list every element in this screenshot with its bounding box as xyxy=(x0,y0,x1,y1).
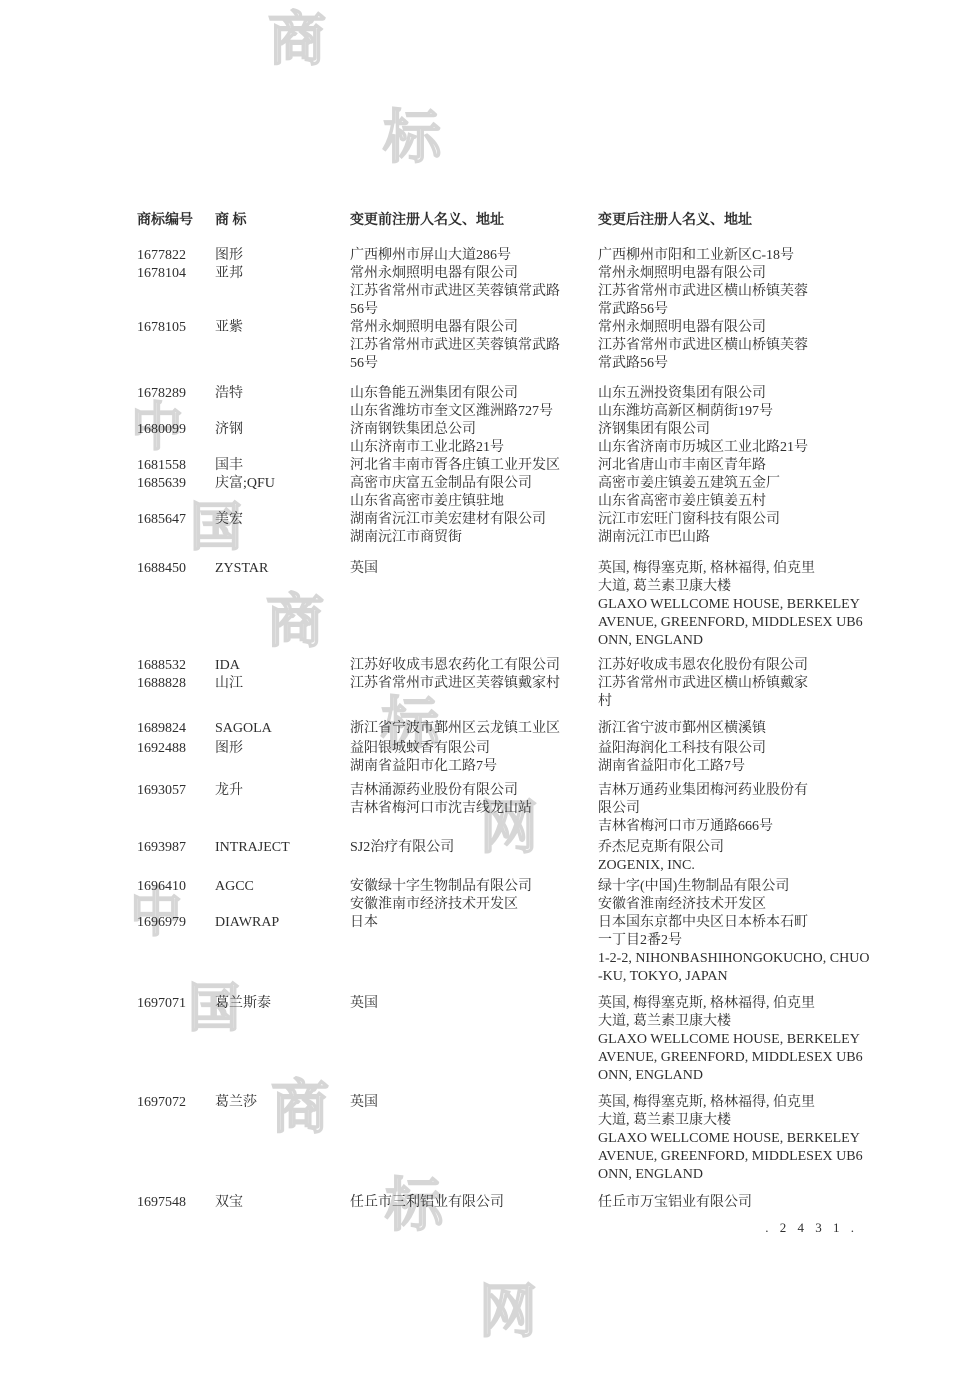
cell-before-registrant: 任丘市三利铝业有限公司 xyxy=(350,1194,598,1212)
address-line: 大道, 葛兰素卫康大楼 xyxy=(598,1013,870,1031)
address-line: -KU, TOKYO, JAPAN xyxy=(598,968,870,986)
address-line: 大道, 葛兰素卫康大楼 xyxy=(598,1112,870,1130)
address-line: 吉林省梅河口市沈吉线龙山站 xyxy=(350,800,598,818)
address-line: AVENUE, GREENFORD, MIDDLESEX UB6 xyxy=(598,614,870,632)
cell-trademark-id: 1688828 xyxy=(137,675,215,711)
watermark-character: 网 xyxy=(479,1282,537,1340)
cell-trademark-id: 1696979 xyxy=(137,914,215,986)
address-line: 江苏省常州市武进区横山桥镇芙蓉 xyxy=(598,337,870,355)
address-line: 山东省高密市姜庄镇驻地 xyxy=(350,493,598,511)
cell-trademark-id: 1693987 xyxy=(137,839,215,875)
address-line: 常州永炯照明电器有限公司 xyxy=(598,319,870,337)
table-row: 1693057 龙升 吉林涌源药业股份有限公司吉林省梅河口市沈吉线龙山站 吉林万… xyxy=(137,782,877,836)
address-line: 吉林涌源药业股份有限公司 xyxy=(350,782,598,800)
header-trademark-id: 商标编号 xyxy=(137,212,215,230)
cell-before-registrant: 英国 xyxy=(350,995,598,1085)
watermark-character: 标 xyxy=(383,108,441,166)
table-row: 1678105 亚紫 常州永炯照明电器有限公司江苏省常州市武进区芙蓉镇常武路56… xyxy=(137,319,877,373)
address-line: SJ2治疗有限公司 xyxy=(350,839,598,857)
cell-trademark-name: 葛兰斯泰 xyxy=(215,995,350,1085)
table-row: 1678104 亚邦 常州永炯照明电器有限公司江苏省常州市武进区芙蓉镇常武路56… xyxy=(137,265,877,319)
cell-before-registrant: 江苏好收成韦恩农药化工有限公司 xyxy=(350,657,598,675)
cell-trademark-name: 庆富;QFU xyxy=(215,475,350,511)
address-line: 一丁目2番2号 xyxy=(598,932,870,950)
address-line: 山东济南市工业北路21号 xyxy=(350,439,598,457)
cell-before-registrant: SJ2治疗有限公司 xyxy=(350,839,598,875)
address-line: 浙江省宁波市鄞州区云龙镇工业区 xyxy=(350,720,598,738)
cell-trademark-name: 济钢 xyxy=(215,421,350,457)
cell-trademark-name: 山江 xyxy=(215,675,350,711)
cell-trademark-name: ZYSTAR xyxy=(215,560,350,650)
address-line: 济钢集团有限公司 xyxy=(598,421,870,439)
cell-trademark-id: 1678289 xyxy=(137,385,215,421)
cell-trademark-name: 浩特 xyxy=(215,385,350,421)
address-line: 湖南沅江市商贸街 xyxy=(350,529,598,547)
cell-trademark-id: 1685639 xyxy=(137,475,215,511)
cell-before-registrant: 济南钢铁集团总公司山东济南市工业北路21号 xyxy=(350,421,598,457)
address-line: 广西柳州市阳和工业新区C-18号 xyxy=(598,247,870,265)
gazette-page: 商标中国商标网中国商标网 商标编号 商 标 变更前注册人名义、地址 变更后注册人… xyxy=(0,0,980,1400)
page-number: . 2 4 3 1 . xyxy=(765,1220,858,1236)
cell-trademark-name: 图形 xyxy=(215,740,350,776)
cell-trademark-id: 1678105 xyxy=(137,319,215,373)
cell-after-registrant: 沅江市宏旺门窗科技有限公司湖南沅江市巴山路 xyxy=(598,511,870,547)
cell-after-registrant: 吉林万通药业集团梅河药业股份有限公司吉林省梅河口市万通路666号 xyxy=(598,782,870,836)
address-line: 河北省唐山市丰南区青年路 xyxy=(598,457,870,475)
header-before-change: 变更前注册人名义、地址 xyxy=(350,212,598,230)
cell-before-registrant: 山东鲁能五洲集团有限公司山东省潍坊市奎文区潍洲路727号 xyxy=(350,385,598,421)
table-row: 1697548 双宝 任丘市三利铝业有限公司 任丘市万宝铝业有限公司 xyxy=(137,1194,877,1212)
address-line: 山东鲁能五洲集团有限公司 xyxy=(350,385,598,403)
address-line: ONN, ENGLAND xyxy=(598,1067,870,1085)
cell-trademark-name: 龙升 xyxy=(215,782,350,836)
cell-before-registrant: 吉林涌源药业股份有限公司吉林省梅河口市沈吉线龙山站 xyxy=(350,782,598,836)
cell-trademark-id: 1693057 xyxy=(137,782,215,836)
cell-trademark-name: 美宏 xyxy=(215,511,350,547)
trademark-change-table: 商标编号 商 标 变更前注册人名义、地址 变更后注册人名义、地址 1677822… xyxy=(137,212,877,1212)
cell-before-registrant: 江苏省常州市武进区芙蓉镇戴家村 xyxy=(350,675,598,711)
table-row: 1697071 葛兰斯泰 英国 英国, 梅得塞克斯, 格林福得, 伯克里大道, … xyxy=(137,995,877,1085)
table-row: 1689824 SAGOLA 浙江省宁波市鄞州区云龙镇工业区 浙江省宁波市鄞州区… xyxy=(137,720,877,738)
address-line: 英国, 梅得塞克斯, 格林福得, 伯克里 xyxy=(598,995,870,1013)
table-body: 1677822 图形 广西柳州市屏山大道286号 广西柳州市阳和工业新区C-18… xyxy=(137,247,877,1212)
cell-after-registrant: 乔杰尼克斯有限公司ZOGENIX, INC. xyxy=(598,839,870,875)
table-row: 1685639 庆富;QFU 高密市庆富五金制品有限公司山东省高密市姜庄镇驻地 … xyxy=(137,475,877,511)
cell-before-registrant: 常州永炯照明电器有限公司江苏省常州市武进区芙蓉镇常武路56号 xyxy=(350,319,598,373)
cell-trademark-name: 国丰 xyxy=(215,457,350,475)
cell-trademark-id: 1678104 xyxy=(137,265,215,319)
address-line: 安徽淮南市经济技术开发区 xyxy=(350,896,598,914)
cell-trademark-id: 1685647 xyxy=(137,511,215,547)
cell-before-registrant: 湖南省沅江市美宏建材有限公司湖南沅江市商贸街 xyxy=(350,511,598,547)
watermark-character: 商 xyxy=(268,10,326,68)
cell-after-registrant: 高密市姜庄镇姜五建筑五金厂山东省高密市姜庄镇姜五村 xyxy=(598,475,870,511)
address-line: 安徽省淮南经济技术开发区 xyxy=(598,896,870,914)
cell-trademark-id: 1688532 xyxy=(137,657,215,675)
cell-before-registrant: 河北省丰南市胥各庄镇工业开发区 xyxy=(350,457,598,475)
cell-trademark-name: 葛兰莎 xyxy=(215,1094,350,1184)
cell-after-registrant: 益阳海润化工科技有限公司湖南省益阳市化工路7号 xyxy=(598,740,870,776)
address-line: GLAXO WELLCOME HOUSE, BERKELEY xyxy=(598,1130,870,1148)
cell-trademark-name: 亚紫 xyxy=(215,319,350,373)
cell-after-registrant: 山东五洲投资集团有限公司山东潍坊高新区桐荫街197号 xyxy=(598,385,870,421)
address-line: 高密市庆富五金制品有限公司 xyxy=(350,475,598,493)
address-line: ZOGENIX, INC. xyxy=(598,857,870,875)
address-line: 乔杰尼克斯有限公司 xyxy=(598,839,870,857)
table-row: 1680099 济钢 济南钢铁集团总公司山东济南市工业北路21号 济钢集团有限公… xyxy=(137,421,877,457)
cell-after-registrant: 绿十字(中国)生物制品有限公司安徽省淮南经济技术开发区 xyxy=(598,878,870,914)
cell-trademark-name: IDA xyxy=(215,657,350,675)
cell-trademark-id: 1680099 xyxy=(137,421,215,457)
cell-after-registrant: 济钢集团有限公司山东省济南市历城区工业北路21号 xyxy=(598,421,870,457)
address-line: 湖南省沅江市美宏建材有限公司 xyxy=(350,511,598,529)
cell-trademark-id: 1689824 xyxy=(137,720,215,738)
address-line: 吉林省梅河口市万通路666号 xyxy=(598,818,870,836)
table-row: 1688532 IDA 江苏好收成韦恩农药化工有限公司 江苏好收成韦恩农化股份有… xyxy=(137,657,877,675)
address-line: 常州永炯照明电器有限公司 xyxy=(350,265,598,283)
table-row: 1693987 INTRAJECT SJ2治疗有限公司 乔杰尼克斯有限公司ZOG… xyxy=(137,839,877,875)
cell-trademark-name: 图形 xyxy=(215,247,350,265)
cell-trademark-id: 1696410 xyxy=(137,878,215,914)
address-line: 常武路56号 xyxy=(598,301,870,319)
cell-trademark-name: SAGOLA xyxy=(215,720,350,738)
address-line: 1-2-2, NIHONBASHIHONGOKUCHO, CHUO xyxy=(598,950,870,968)
header-trademark-name: 商 标 xyxy=(215,212,350,230)
table-row: 1678289 浩特 山东鲁能五洲集团有限公司山东省潍坊市奎文区潍洲路727号 … xyxy=(137,385,877,421)
address-line: 河北省丰南市胥各庄镇工业开发区 xyxy=(350,457,598,475)
address-line: 山东省济南市历城区工业北路21号 xyxy=(598,439,870,457)
table-row: 1685647 美宏 湖南省沅江市美宏建材有限公司湖南沅江市商贸街 沅江市宏旺门… xyxy=(137,511,877,547)
address-line: 高密市姜庄镇姜五建筑五金厂 xyxy=(598,475,870,493)
address-line: 广西柳州市屏山大道286号 xyxy=(350,247,598,265)
address-line: 日本国东京都中央区日本桥本石町 xyxy=(598,914,870,932)
address-line: 益阳银城蚊香有限公司 xyxy=(350,740,598,758)
cell-after-registrant: 江苏好收成韦恩农化股份有限公司 xyxy=(598,657,870,675)
address-line: 日本 xyxy=(350,914,598,932)
cell-trademark-name: INTRAJECT xyxy=(215,839,350,875)
address-line: ONN, ENGLAND xyxy=(598,1166,870,1184)
cell-trademark-id: 1697071 xyxy=(137,995,215,1085)
cell-after-registrant: 常州永炯照明电器有限公司江苏省常州市武进区横山桥镇芙蓉常武路56号 xyxy=(598,319,870,373)
address-line: 英国 xyxy=(350,1094,598,1112)
address-line: ONN, ENGLAND xyxy=(598,632,870,650)
cell-before-registrant: 广西柳州市屏山大道286号 xyxy=(350,247,598,265)
table-header-row: 商标编号 商 标 变更前注册人名义、地址 变更后注册人名义、地址 xyxy=(137,212,877,230)
address-line: 英国 xyxy=(350,995,598,1013)
cell-after-registrant: 常州永炯照明电器有限公司江苏省常州市武进区横山桥镇芙蓉常武路56号 xyxy=(598,265,870,319)
cell-after-registrant: 广西柳州市阳和工业新区C-18号 xyxy=(598,247,870,265)
cell-before-registrant: 常州永炯照明电器有限公司江苏省常州市武进区芙蓉镇常武路56号 xyxy=(350,265,598,319)
address-line: AVENUE, GREENFORD, MIDDLESEX UB6 xyxy=(598,1148,870,1166)
table-row: 1688828 山江 江苏省常州市武进区芙蓉镇戴家村 江苏省常州市武进区横山桥镇… xyxy=(137,675,877,711)
address-line: 常武路56号 xyxy=(598,355,870,373)
cell-before-registrant: 英国 xyxy=(350,1094,598,1184)
cell-after-registrant: 英国, 梅得塞克斯, 格林福得, 伯克里大道, 葛兰素卫康大楼GLAXO WEL… xyxy=(598,560,870,650)
cell-trademark-id: 1697548 xyxy=(137,1194,215,1212)
cell-before-registrant: 安徽绿十字生物制品有限公司安徽淮南市经济技术开发区 xyxy=(350,878,598,914)
cell-before-registrant: 高密市庆富五金制品有限公司山东省高密市姜庄镇驻地 xyxy=(350,475,598,511)
cell-trademark-name: 亚邦 xyxy=(215,265,350,319)
address-line: 沅江市宏旺门窗科技有限公司 xyxy=(598,511,870,529)
cell-trademark-id: 1688450 xyxy=(137,560,215,650)
cell-after-registrant: 英国, 梅得塞克斯, 格林福得, 伯克里大道, 葛兰素卫康大楼GLAXO WEL… xyxy=(598,995,870,1085)
table-row: 1677822 图形 广西柳州市屏山大道286号 广西柳州市阳和工业新区C-18… xyxy=(137,247,877,265)
address-line: GLAXO WELLCOME HOUSE, BERKELEY xyxy=(598,596,870,614)
cell-trademark-name: AGCC xyxy=(215,878,350,914)
cell-trademark-id: 1697072 xyxy=(137,1094,215,1184)
address-line: 56号 xyxy=(350,301,598,319)
cell-trademark-id: 1681558 xyxy=(137,457,215,475)
address-line: 任丘市万宝铝业有限公司 xyxy=(598,1194,870,1212)
address-line: 限公司 xyxy=(598,800,870,818)
cell-before-registrant: 浙江省宁波市鄞州区云龙镇工业区 xyxy=(350,720,598,738)
header-after-change: 变更后注册人名义、地址 xyxy=(598,212,870,230)
address-line: 村 xyxy=(598,693,870,711)
address-line: 大道, 葛兰素卫康大楼 xyxy=(598,578,870,596)
cell-after-registrant: 英国, 梅得塞克斯, 格林福得, 伯克里大道, 葛兰素卫康大楼GLAXO WEL… xyxy=(598,1094,870,1184)
address-line: 安徽绿十字生物制品有限公司 xyxy=(350,878,598,896)
address-line: 常州永炯照明电器有限公司 xyxy=(350,319,598,337)
address-line: 江苏好收成韦恩农药化工有限公司 xyxy=(350,657,598,675)
table-row: 1697072 葛兰莎 英国 英国, 梅得塞克斯, 格林福得, 伯克里大道, 葛… xyxy=(137,1094,877,1184)
address-line: 江苏省常州市武进区横山桥镇戴家 xyxy=(598,675,870,693)
cell-before-registrant: 英国 xyxy=(350,560,598,650)
table-row: 1696410 AGCC 安徽绿十字生物制品有限公司安徽淮南市经济技术开发区 绿… xyxy=(137,878,877,914)
address-line: 常州永炯照明电器有限公司 xyxy=(598,265,870,283)
address-line: 湖南沅江市巴山路 xyxy=(598,529,870,547)
cell-trademark-id: 1692488 xyxy=(137,740,215,776)
cell-before-registrant: 日本 xyxy=(350,914,598,986)
address-line: 山东省潍坊市奎文区潍洲路727号 xyxy=(350,403,598,421)
address-line: 江苏省常州市武进区芙蓉镇常武路 xyxy=(350,283,598,301)
address-line: 56号 xyxy=(350,355,598,373)
address-line: 江苏好收成韦恩农化股份有限公司 xyxy=(598,657,870,675)
address-line: 英国, 梅得塞克斯, 格林福得, 伯克里 xyxy=(598,1094,870,1112)
address-line: 湖南省益阳市化工路7号 xyxy=(598,758,870,776)
address-line: 吉林万通药业集团梅河药业股份有 xyxy=(598,782,870,800)
address-line: 任丘市三利铝业有限公司 xyxy=(350,1194,598,1212)
address-line: 英国 xyxy=(350,560,598,578)
cell-after-registrant: 河北省唐山市丰南区青年路 xyxy=(598,457,870,475)
address-line: 山东潍坊高新区桐荫街197号 xyxy=(598,403,870,421)
cell-trademark-name: 双宝 xyxy=(215,1194,350,1212)
address-line: 济南钢铁集团总公司 xyxy=(350,421,598,439)
table-row: 1696979 DIAWRAP 日本 日本国东京都中央区日本桥本石町一丁目2番2… xyxy=(137,914,877,986)
address-line: AVENUE, GREENFORD, MIDDLESEX UB6 xyxy=(598,1049,870,1067)
cell-trademark-name: DIAWRAP xyxy=(215,914,350,986)
address-line: 浙江省宁波市鄞州区横溪镇 xyxy=(598,720,870,738)
cell-after-registrant: 任丘市万宝铝业有限公司 xyxy=(598,1194,870,1212)
address-line: 江苏省常州市武进区芙蓉镇戴家村 xyxy=(350,675,598,693)
address-line: 英国, 梅得塞克斯, 格林福得, 伯克里 xyxy=(598,560,870,578)
table-row: 1692488 图形 益阳银城蚊香有限公司湖南省益阳市化工路7号 益阳海润化工科… xyxy=(137,740,877,776)
address-line: GLAXO WELLCOME HOUSE, BERKELEY xyxy=(598,1031,870,1049)
address-line: 江苏省常州市武进区横山桥镇芙蓉 xyxy=(598,283,870,301)
cell-before-registrant: 益阳银城蚊香有限公司湖南省益阳市化工路7号 xyxy=(350,740,598,776)
table-row: 1681558 国丰 河北省丰南市胥各庄镇工业开发区 河北省唐山市丰南区青年路 xyxy=(137,457,877,475)
cell-after-registrant: 江苏省常州市武进区横山桥镇戴家村 xyxy=(598,675,870,711)
address-line: 江苏省常州市武进区芙蓉镇常武路 xyxy=(350,337,598,355)
cell-after-registrant: 日本国东京都中央区日本桥本石町一丁目2番2号1-2-2, NIHONBASHIH… xyxy=(598,914,870,986)
address-line: 益阳海润化工科技有限公司 xyxy=(598,740,870,758)
cell-trademark-id: 1677822 xyxy=(137,247,215,265)
address-line: 山东五洲投资集团有限公司 xyxy=(598,385,870,403)
address-line: 山东省高密市姜庄镇姜五村 xyxy=(598,493,870,511)
address-line: 绿十字(中国)生物制品有限公司 xyxy=(598,878,870,896)
cell-after-registrant: 浙江省宁波市鄞州区横溪镇 xyxy=(598,720,870,738)
table-row: 1688450 ZYSTAR 英国 英国, 梅得塞克斯, 格林福得, 伯克里大道… xyxy=(137,560,877,650)
address-line: 湖南省益阳市化工路7号 xyxy=(350,758,598,776)
